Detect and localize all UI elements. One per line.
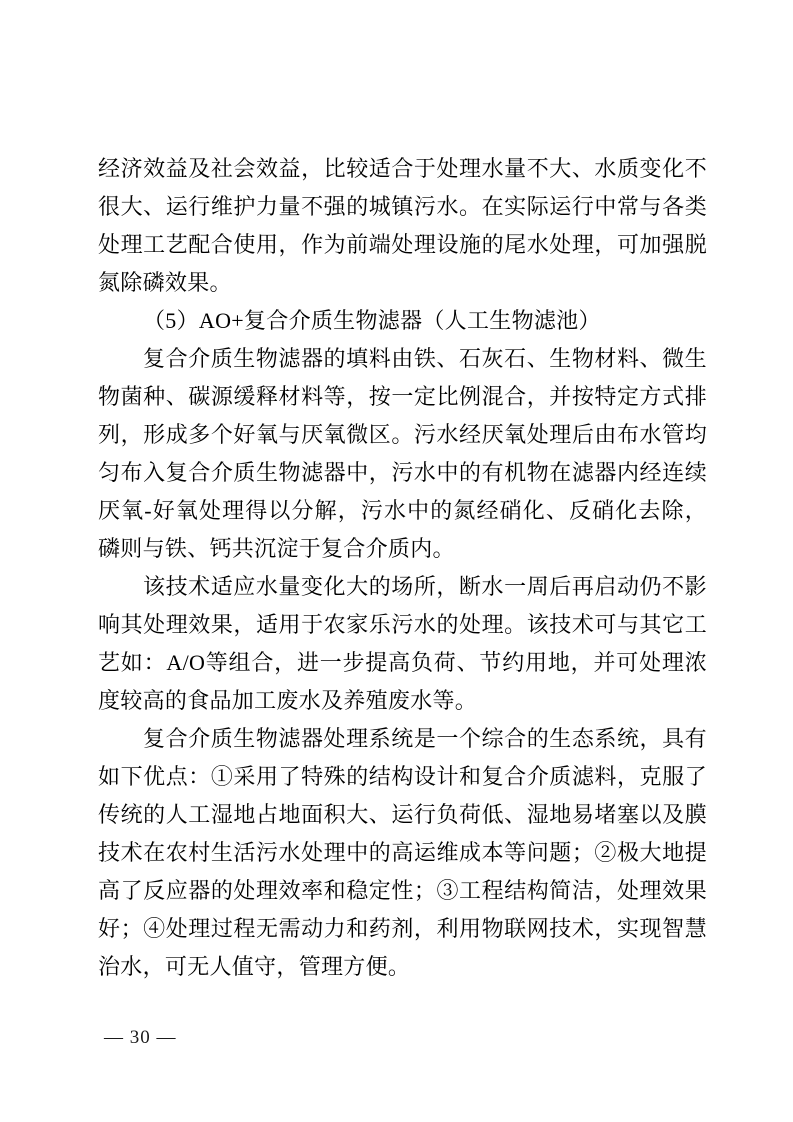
section-heading-ao-composite-biofilter: （5）AO+复合介质生物滤器（人工生物滤池） — [98, 302, 707, 340]
paragraph-technology-application: 该技术适应水量变化大的场所，断水一周后再启动仍不影响其处理效果，适用于农家乐污水… — [98, 568, 707, 720]
paragraph-urban-sewage-benefits: 经济效益及社会效益，比较适合于处理水量不大、水质变化不很大、运行维护力量不强的城… — [98, 150, 707, 302]
paragraph-system-advantages: 复合介质生物滤器处理系统是一个综合的生态系统，具有如下优点：①采用了特殊的结构设… — [98, 720, 707, 986]
paragraph-filter-media-composition: 复合介质生物滤器的填料由铁、石灰石、生物材料、微生物菌种、碳源缓释材料等，按一定… — [98, 340, 707, 568]
document-body: 经济效益及社会效益，比较适合于处理水量不大、水质变化不很大、运行维护力量不强的城… — [98, 150, 707, 986]
page-number: — 30 — — [104, 1027, 177, 1049]
document-page: 经济效益及社会效益，比较适合于处理水量不大、水质变化不很大、运行维护力量不强的城… — [0, 0, 793, 1122]
